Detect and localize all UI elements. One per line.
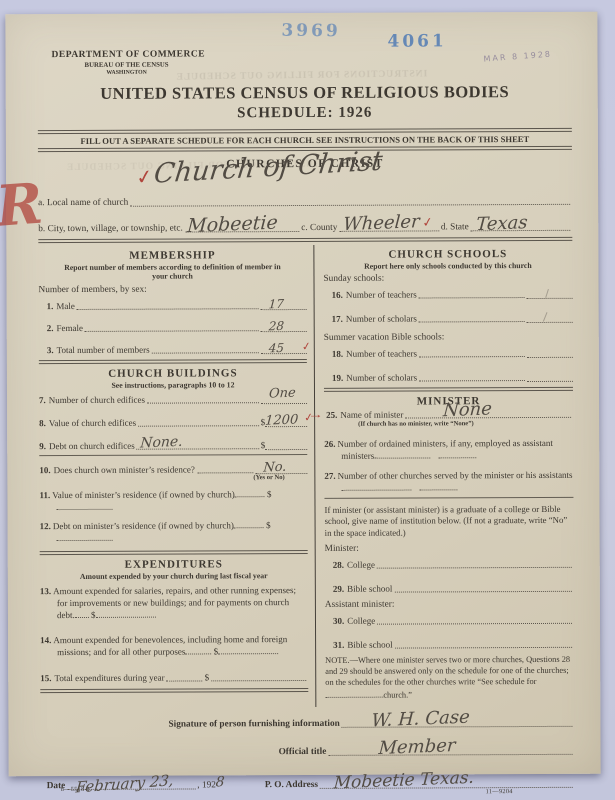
field-a-label: a. Local name of church: [38, 197, 128, 207]
q10-label: Does church own minister’s residence?: [54, 464, 195, 475]
q17-label: Number of scholars: [346, 314, 417, 324]
question-1: 1. Male 17: [39, 299, 307, 311]
form-title: UNITED STATES CENSUS OF RELIGIOUS BODIES: [38, 81, 572, 103]
q28-label: College: [347, 560, 375, 570]
handwritten-po-address: Mobeetie Texas.: [333, 768, 475, 794]
handwritten-signature: W. H. Case: [371, 706, 471, 731]
graduate-note: If minister (or assistant minister) is a…: [324, 504, 573, 539]
question-17: 17. Number of scholars: [324, 312, 573, 324]
q10-answer: No. (Yes or No): [255, 463, 307, 474]
question-16: 16. Number of teachers: [324, 288, 573, 300]
question-2: 2. Female 28: [39, 321, 307, 333]
currency-sign: $: [205, 672, 210, 682]
photo-background: INSTRUCTIONS FOR FILLING OUT SCHEDULE IN…: [0, 0, 615, 800]
question-12: 12.Debt on minister’s residence (if owne…: [40, 519, 308, 544]
serial-number-stamp-right: 4061: [387, 31, 446, 51]
q25-note: (If church has no minister, write “None”…: [358, 420, 573, 428]
question-26: 26.Number of ordained ministers, if any,…: [324, 437, 573, 462]
minister-sublabel: Minister:: [325, 543, 574, 554]
handwritten-state: Texas: [476, 212, 529, 235]
question-15: 15. Total expenditures during year $: [40, 671, 308, 683]
expenditures-subheading: Amount expended by your church during la…: [40, 571, 308, 582]
q25-label: Name of minister: [340, 410, 403, 420]
question-11: 11.Value of minister’s residence (if own…: [39, 488, 307, 513]
q9-label: Debt on church edifices: [49, 441, 135, 451]
signature-row: Signature of person furnishing informati…: [168, 717, 574, 730]
question-13: 13.Amount expended for salaries, repairs…: [40, 584, 308, 622]
q12-label: Debt on minister’s residence (if owned b…: [53, 520, 234, 531]
question-9: 9. Debt on church edifices None. $: [39, 439, 307, 451]
q27-label: Number of other churches served by the m…: [338, 469, 573, 480]
minister-note: NOTE.—Where one minister serves two or m…: [325, 655, 574, 702]
q1-answer: 17: [261, 299, 307, 310]
buildings-heading: CHURCH BUILDINGS: [39, 367, 307, 380]
q7-answer: One: [261, 393, 307, 404]
handwritten-official-title: Member: [378, 735, 456, 759]
question-14: 14.Amount expended for benevolences, inc…: [40, 632, 308, 657]
faint-pencil-mark: [543, 312, 548, 322]
membership-intro: Number of members, by sex:: [39, 284, 307, 295]
date-year-printed: , 192: [197, 780, 216, 790]
right-column: CHURCH SCHOOLS Report here only schools …: [313, 243, 574, 706]
field-c-label: c. County: [301, 222, 337, 232]
field-city-county-state: b. City, town, village, or township, etc…: [38, 220, 572, 233]
handwritten-none: None.: [140, 434, 183, 452]
q3-answer: 45 ✓: [261, 343, 307, 354]
q2-answer: 28: [261, 321, 307, 332]
q16-label: Number of teachers: [346, 290, 417, 300]
question-8: 8. Value of church edifices $ 1200 ✓: [39, 416, 307, 428]
red-arrow-icon: →: [308, 409, 323, 421]
divider: [324, 497, 573, 499]
divider: [38, 236, 572, 242]
sunday-schools-label: Sunday schools:: [323, 273, 572, 284]
q31-label: Bible school: [347, 640, 392, 650]
currency-sign: $: [267, 489, 272, 499]
date-address-row: Date 8—5518-1 February 23, , 192 8 P. O.…: [47, 773, 575, 791]
q18-label: Number of teachers: [346, 349, 417, 359]
vacation-schools-label: Summer vacation Bible schools:: [324, 332, 573, 343]
divider: [40, 688, 308, 693]
currency-sign: $: [266, 520, 271, 530]
official-title-line: Member: [328, 745, 572, 756]
field-d-label: d. State: [441, 222, 469, 232]
official-title-row: Official title Member: [279, 745, 575, 757]
q16-answer: [527, 288, 573, 299]
form-content: INSTRUCTIONS FOR FILLING OUT SCHEDULE IN…: [5, 12, 600, 777]
field-d-line: Texas: [471, 220, 571, 230]
question-18: 18. Number of teachers: [324, 347, 573, 359]
field-b-label: b. City, town, village, or township, etc…: [38, 223, 183, 234]
q7-label: Number of church edifices: [49, 394, 145, 404]
expenditures-heading: EXPENDITURES: [40, 558, 308, 571]
question-28: 28. College: [325, 558, 574, 570]
field-b-line: Mobeetie: [185, 222, 299, 232]
q29-label: Bible school: [347, 584, 392, 594]
handwritten-church-name: ✓ Church of Christ: [154, 152, 383, 184]
q8-answer: 1200 ✓: [265, 416, 307, 427]
po-address-label: P. O. Address: [265, 780, 318, 790]
question-3: 3. Total number of members 45 ✓: [39, 343, 307, 355]
handwritten-minister-name: None: [443, 399, 493, 422]
buildings-subheading: See instructions, paragraphs 10 to 12: [39, 380, 307, 391]
q17-answer: [527, 312, 573, 323]
handwritten-date: February 23,: [75, 771, 175, 796]
q30-label: College: [347, 616, 375, 626]
field-c-line: Wheeler ✓: [339, 221, 439, 231]
divider: [39, 454, 307, 456]
signature-line: W. H. Case: [342, 717, 573, 728]
signature-label: Signature of person furnishing informati…: [168, 719, 339, 730]
red-check-icon: ✓: [134, 164, 154, 190]
date-line: February 23,: [67, 779, 195, 790]
print-code: 11—9204: [486, 788, 513, 795]
q8-label: Value of church edifices: [49, 418, 136, 428]
assistant-minister-sublabel: Assistant minister:: [325, 599, 574, 610]
q13-label: Amount expended for salaries, repairs, a…: [53, 585, 296, 620]
divider: [39, 359, 307, 364]
red-check-icon: ✓: [301, 339, 312, 353]
serial-number-stamp-left: 3969: [281, 21, 341, 42]
q15-label: Total expenditures during year: [54, 672, 164, 682]
q1-label: Male: [56, 301, 75, 311]
membership-heading: MEMBERSHIP: [38, 249, 306, 262]
question-29: 29. Bible school: [325, 582, 574, 594]
question-27: 27.Number of other churches served by th…: [324, 468, 573, 493]
schools-heading: CHURCH SCHOOLS: [323, 247, 572, 260]
red-check-icon: ✓: [421, 214, 434, 230]
faint-pencil-mark: [545, 289, 549, 298]
census-form-page: INSTRUCTIONS FOR FILLING OUT SCHEDULE IN…: [5, 12, 600, 777]
handwritten-city: Mobeetie: [186, 211, 278, 237]
bleed-through-text: INSTRUCTIONS FOR FILLING OUT SCHEDULE: [176, 69, 428, 82]
official-title-label: Official title: [279, 747, 327, 757]
field-local-name: a. Local name of church: [38, 194, 572, 207]
divider: [324, 387, 573, 392]
question-25: → 25. Name of minister None: [326, 408, 573, 420]
question-30: 30. College: [325, 614, 574, 626]
po-address-line: Mobeetie Texas. 11—9204: [320, 778, 573, 789]
handwritten-county: Wheeler: [343, 211, 421, 235]
q2-label: Female: [56, 323, 83, 333]
q3-label: Total number of members: [57, 345, 150, 355]
q10-note: (Yes or No): [253, 474, 284, 481]
handwritten-year-digit: 8: [215, 774, 225, 790]
q11-label: Value of minister’s residence (if owned …: [52, 489, 235, 500]
question-31: 31. Bible school: [325, 638, 574, 650]
form-subtitle: SCHEDULE: 1926: [38, 103, 572, 122]
form-columns: MEMBERSHIP Report number of members acco…: [38, 243, 574, 708]
field-a-line: [130, 194, 570, 206]
question-19: 19. Number of scholars: [324, 371, 573, 383]
question-10: 10. Does church own minister’s residence…: [39, 463, 307, 475]
q19-label: Number of scholars: [346, 373, 417, 383]
membership-subheading: Report number of members according to de…: [60, 262, 285, 282]
left-column: MEMBERSHIP Report number of members acco…: [38, 245, 315, 708]
divider: [40, 550, 308, 555]
schools-subheading: Report here only schools conducted by th…: [323, 260, 572, 271]
question-7: 7. Number of church edifices One: [39, 393, 307, 405]
